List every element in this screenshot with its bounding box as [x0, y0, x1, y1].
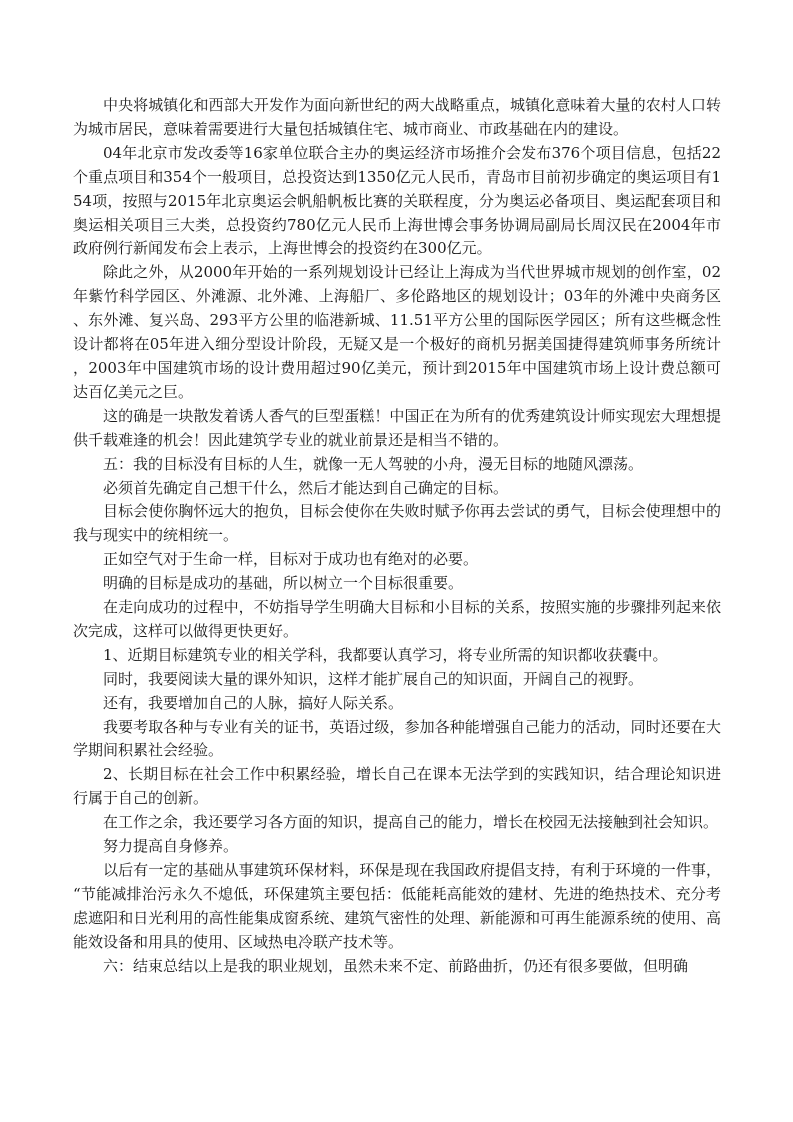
paragraph-network: 还有，我要增加自己的人脉，搞好人际关系。 [73, 692, 721, 716]
paragraph-goal-benefits: 目标会使你胸怀远大的抱负，目标会使你在失败时赋予你再去尝试的勇气，目标会使理想中… [73, 500, 721, 548]
paragraph-green-building: 以后有一定的基础从事建筑环保材料，环保是现在我国政府提倡支持，有利于环境的一件事… [73, 859, 721, 955]
paragraph-reading: 同时，我要阅读大量的课外知识，这样才能扩展自己的知识面，开阔自己的视野。 [73, 668, 721, 692]
paragraph-section-six-conclusion: 六：结束总结以上是我的职业规划，虽然未来不定、前路曲折，仍还有很多要做，但明确 [73, 955, 721, 979]
paragraph-long-term-goal: 2、长期目标在社会工作中积累经验，增长自己在课本无法学到的实践知识，结合理论知识… [73, 763, 721, 811]
document-body: 中央将城镇化和西部大开发作为面向新世纪的两大战略重点，城镇化意味着大量的农村人口… [73, 94, 721, 979]
paragraph-goal-steps: 在走向成功的过程中，不妨指导学生明确大目标和小目标的关系，按照实施的步骤排列起来… [73, 596, 721, 644]
paragraph-shanghai-planning: 除此之外，从2000年开始的一系列规划设计已经让上海成为当代世界城市规划的创作室… [73, 261, 721, 404]
paragraph-continued-learning: 在工作之余，我还要学习各方面的知识，提高自己的能力，增长在校园无法接触到社会知识… [73, 811, 721, 835]
paragraph-goal-necessity: 正如空气对于生命一样，目标对于成功也有绝对的必要。 [73, 548, 721, 572]
paragraph-olympic-investment: 04年北京市发改委等16家单位联合主办的奥运经济市场推介会发布376个项目信息，… [73, 142, 721, 262]
paragraph-opportunity: 这的确是一块散发着诱人香气的巨型蛋糕！中国正在为所有的优秀建筑设计师实现宏大理想… [73, 405, 721, 453]
paragraph-short-term-goal: 1、近期目标建筑专业的相关学科，我都要认真学习，将专业所需的知识都收获囊中。 [73, 644, 721, 668]
paragraph-define-goal: 必须首先确定自己想干什么，然后才能达到自己确定的目标。 [73, 477, 721, 501]
paragraph-urbanization: 中央将城镇化和西部大开发作为面向新世纪的两大战略重点，城镇化意味着大量的农村人口… [73, 94, 721, 142]
paragraph-self-cultivation: 努力提高自身修养。 [73, 835, 721, 859]
paragraph-section-five-heading: 五：我的目标没有目标的人生，就像一无人驾驶的小舟，漫无目标的地随风漂荡。 [73, 453, 721, 477]
paragraph-certificates: 我要考取各种与专业有关的证书，英语过级，参加各种能增强自己能力的活动，同时还要在… [73, 716, 721, 764]
paragraph-goal-foundation: 明确的目标是成功的基础，所以树立一个目标很重要。 [73, 572, 721, 596]
